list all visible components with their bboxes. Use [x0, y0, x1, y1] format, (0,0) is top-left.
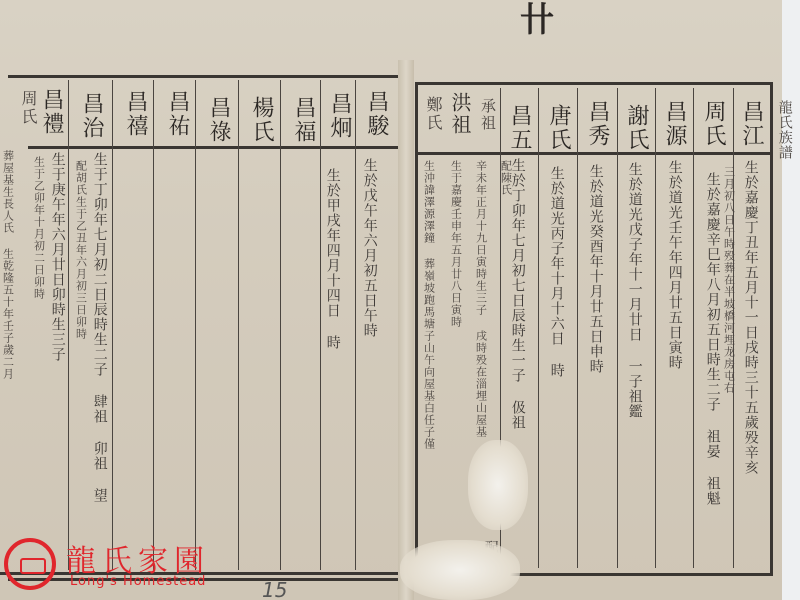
left-column-divider — [153, 80, 154, 570]
left-page: 昌駿 昌炯 昌福 楊氏 昌祿 昌祐 昌禧 昌治 昌禮 周氏 生於戊午年六月初五日… — [0, 0, 405, 600]
paper-tear — [468, 440, 528, 530]
genealogy-entry: 葬屋基生長人氏 生乾隆五十年壬子歲二月 — [2, 150, 14, 380]
left-column-divider — [280, 80, 281, 570]
header-name: 昌江 — [740, 100, 762, 148]
genealogy-entry: 生於道光戊子年十一月廿日 一子祖鑑 — [627, 162, 642, 419]
header-name: 昌秀 — [586, 100, 608, 148]
header-name: 昌祐 — [166, 90, 188, 138]
right-column-divider — [655, 88, 656, 568]
genealogy-entry: 生於戊午年六月初五日午時 — [362, 158, 377, 338]
genealogy-entry: 生于丁卯年七月初二日辰時生二子 肆祖 卯祖 望 — [92, 152, 107, 503]
page-number: 15 — [262, 578, 287, 600]
genealogy-entry: 生沖諱澤源澤鐘 葬嶺坡跑馬塘子山午向屋基白任子僅 — [423, 160, 435, 450]
genealogy-entry: 生於甲戌年四月十四日 時 — [325, 168, 340, 350]
left-column-divider — [68, 80, 69, 570]
right-column-divider — [577, 88, 578, 568]
right-column-divider — [617, 88, 618, 568]
genealogy-entry: 辛未年正月十九日寅時生三子 戌時殁在淄埋山屋基 — [475, 160, 487, 438]
header-name: 昌炯 — [328, 92, 350, 140]
right-column-divider — [538, 88, 539, 568]
header-name: 楊氏 — [250, 96, 272, 144]
left-column-divider — [355, 80, 356, 570]
header-name: 周氏 — [20, 90, 36, 126]
header-name: 昌禧 — [124, 90, 146, 138]
watermark-subtitle: Long's Homestead — [70, 574, 206, 589]
header-name: 昌禮 — [40, 88, 62, 136]
header-name: 謝氏 — [625, 104, 647, 152]
genealogy-entry: 生於丁卯年七月初七日辰時生一子 伋祖 — [510, 158, 525, 430]
right-header-rule — [417, 152, 772, 155]
header-name: 昌福 — [292, 96, 314, 144]
left-column-divider — [238, 80, 239, 570]
watermark: 龍氏家園 Long's Homestead — [4, 530, 224, 596]
genealogy-entry: 生於嘉慶丁丑年五月十一日戌時三十五歲殁辛亥 — [743, 160, 758, 475]
right-column-divider — [693, 88, 694, 568]
header-name: 昌治 — [80, 92, 102, 140]
header-name: 唐氏 — [547, 104, 569, 152]
genealogy-entry: 生於嘉慶辛巳年八月初五日時生二子 祖晏 祖魁 — [705, 172, 720, 506]
header-name: 昌五 — [508, 104, 530, 152]
left-header-rule — [28, 146, 400, 149]
page-edge-title: 龍氏族譜 — [777, 100, 792, 160]
right-page: 昌江 周氏 昌源 謝氏 昌秀 唐氏 昌五 承祖 洪祖 鄭氏 生於嘉慶丁丑年五月十… — [405, 0, 785, 600]
left-column-divider — [195, 80, 196, 570]
header-name: 昌駿 — [365, 90, 387, 138]
header-name: 周氏 — [702, 100, 724, 148]
genealogy-entry: 生於道光壬午年四月廿五日寅時 — [667, 160, 682, 370]
genealogy-entry: 三月初八日午時殁葬在半坡橋河埋龙房屯右 — [723, 166, 735, 394]
header-name: 鄭氏 — [425, 96, 441, 132]
genealogy-entry: 生於道光丙子年十月十六日 時 — [549, 166, 564, 378]
header-name: 洪祖 — [450, 92, 470, 136]
genealogy-entry: 配胡氏生于乙丑年六月初三日卯時 — [75, 160, 87, 340]
genealogy-entry: 生于乙卯年十月初二日卯時 — [33, 156, 45, 300]
left-column-divider — [112, 80, 113, 570]
genealogy-entry: 配陳氏 — [500, 160, 512, 196]
header-name: 承祖 — [480, 98, 495, 132]
left-column-divider — [320, 80, 321, 570]
genealogy-entry: 生于庚午年六月廿日卯時生三子 — [50, 152, 65, 362]
genealogy-entry: 生于嘉慶壬申年五月廿八日寅時 — [450, 160, 462, 328]
paper-tear — [400, 540, 520, 600]
dragon-logo-icon — [4, 538, 56, 590]
header-name: 昌祿 — [207, 96, 229, 144]
genealogy-entry: 生於道光癸酉年十月廿五日申時 — [588, 164, 603, 374]
header-name: 昌源 — [663, 100, 685, 148]
